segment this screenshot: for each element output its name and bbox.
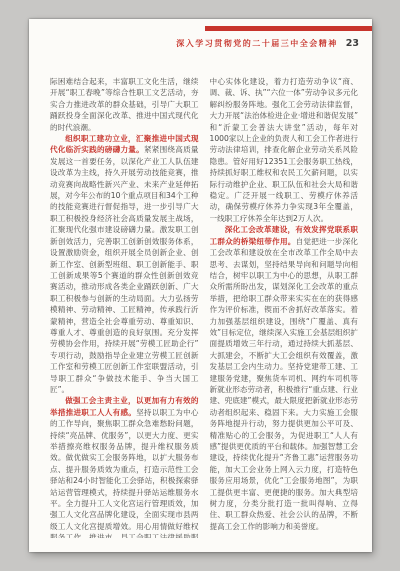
paragraph-text: 自觉把进一步深化工会改革和建设放在全市改革工作全局中去思考、去谋划，坚持结果导向… bbox=[210, 237, 359, 531]
article-body: 际困难结合起来，丰富职工文化生活，继续开展“职工春晚”等综合性职工文艺活动，夯实… bbox=[50, 76, 358, 538]
left-column: 际困难结合起来，丰富职工文化生活，继续开展“职工春晚”等综合性职工文艺活动，夯实… bbox=[50, 76, 199, 538]
header-red-bar bbox=[205, 26, 372, 31]
magazine-page: 深入学习贯彻党的二十届三中全会精神 23 际困难结合起来，丰富职工文化生活，继续… bbox=[29, 19, 372, 552]
header-slogan: 深入学习贯彻党的二十届三中全会精神 bbox=[176, 38, 338, 49]
page-number: 23 bbox=[346, 38, 359, 49]
right-column: 中心实体化建设，着力打造劳动争议“商、调、裁、诉、执”“六位一体”劳动争议多元化… bbox=[210, 76, 359, 538]
paragraph-text: 际困难结合起来，丰富职工文化生活，继续开展“职工春晚”等综合性职工文艺活动，夯实… bbox=[50, 77, 199, 132]
paragraph-continuation: 际困难结合起来，丰富职工文化生活，继续开展“职工春晚”等综合性职工文艺活动，夯实… bbox=[50, 76, 199, 133]
paragraph-text: 紧紧围绕高质量发展这一首要任务，以深化产业工人队伍建设改革为主线，持久开展劳动技… bbox=[50, 145, 199, 394]
paragraph: 做强工会主责主业，以更加有力有效的举措推进职工人人有感。坚持以职工为中心的工作导… bbox=[50, 395, 199, 538]
paragraph-continuation: 中心实体化建设，着力打造劳动争议“商、调、裁、诉、执”“六位一体”劳动争议多元化… bbox=[210, 76, 359, 224]
paragraph: 深化工会改革建设，有效发挥党联系职工群众的桥梁纽带作用。自觉把进一步深化工会改革… bbox=[210, 224, 359, 532]
paragraph-text: 坚持以职工为中心的工作导向，聚焦职工群众急难愁盼问题，持续“亮品牌、优服务”，以… bbox=[50, 408, 199, 538]
paragraph-text: 中心实体化建设，着力打造劳动争议“商、调、裁、诉、执”“六位一体”劳动争议多元化… bbox=[210, 77, 359, 223]
page-header: 深入学习贯彻党的二十届三中全会精神 23 bbox=[176, 38, 359, 49]
paragraph: 组织职工建功立业，汇聚推进中国式现代化临沂实践的磅礴力量。紧紧围绕高质量发展这一… bbox=[50, 133, 199, 395]
